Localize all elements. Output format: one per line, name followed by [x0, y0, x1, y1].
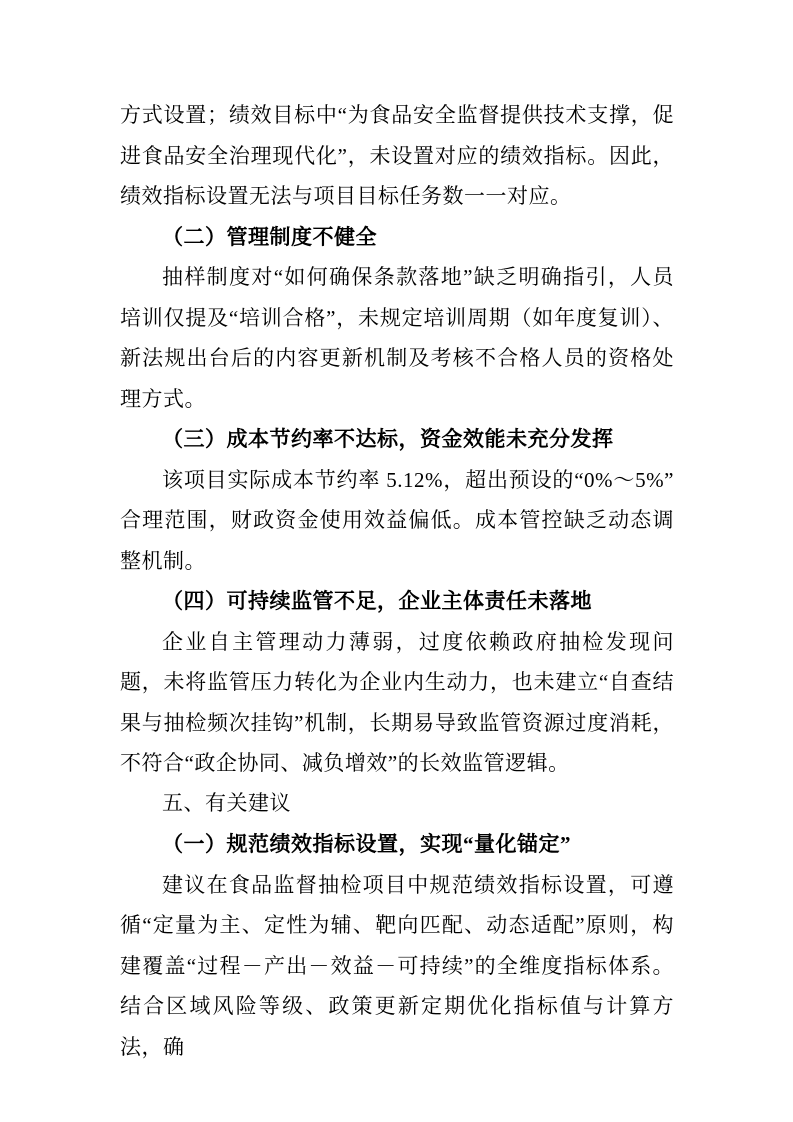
document-page: 方式设置；绩效目标中“为食品安全监督提供技术支撑，促进食品安全治理现代化”，未设… [0, 0, 793, 1122]
chapter-heading-5: 五、有关建议 [120, 784, 674, 825]
document-content: 方式设置；绩效目标中“为食品安全监督提供技术支撑，促进食品安全治理现代化”，未设… [120, 95, 674, 1067]
body-paragraph-section-4: 企业自主管理动力薄弱，过度依赖政府抽检发现问题，未将监管压力转化为企业内生动力，… [120, 622, 674, 784]
section-heading-5-1: （一）规范绩效指标设置，实现“量化锚定” [120, 824, 674, 865]
body-paragraph-continuation: 方式设置；绩效目标中“为食品安全监督提供技术支撑，促进食品安全治理现代化”，未设… [120, 95, 674, 217]
section-heading-2: （二）管理制度不健全 [120, 217, 674, 258]
section-heading-3: （三）成本节约率不达标，资金效能未充分发挥 [120, 419, 674, 460]
section-heading-4: （四）可持续监管不足，企业主体责任未落地 [120, 581, 674, 622]
body-paragraph-section-3: 该项目实际成本节约率 5.12%，超出预设的“0%～5%”合理范围，财政资金使用… [120, 460, 674, 582]
body-paragraph-section-2: 抽样制度对“如何确保条款落地”缺乏明确指引，人员培训仅提及“培训合格”，未规定培… [120, 257, 674, 419]
body-paragraph-section-5-1: 建议在食品监督抽检项目中规范绩效指标设置，可遵循“定量为主、定性为辅、靶向匹配、… [120, 865, 674, 1068]
